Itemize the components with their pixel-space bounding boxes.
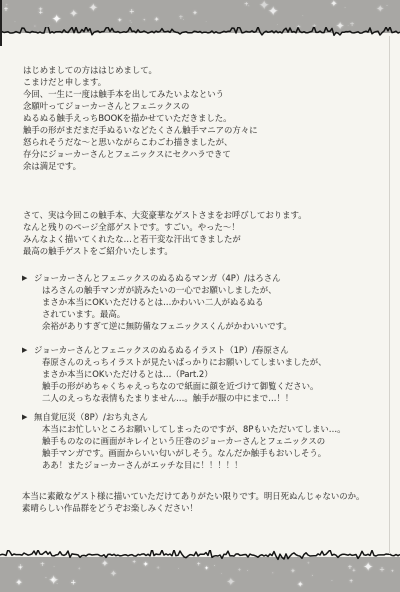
scan-edge-artifact	[0, 0, 2, 46]
guest-intro-line: なんと残りのページ全部ゲストです。すごい。やった～！	[23, 221, 307, 233]
sparkle-icon: +	[70, 579, 76, 586]
sparkle-icon: +	[349, 581, 353, 586]
page-fold-line	[389, 36, 390, 554]
sparkle-icon: +	[179, 16, 184, 22]
sparkle-icon: ·	[56, 583, 57, 587]
sparkle-icon: ·	[302, 15, 303, 19]
sparkle-icon: ·	[129, 21, 131, 26]
sparkle-icon: ·	[53, 566, 54, 570]
sparkle-icon: ·	[248, 5, 250, 10]
sparkle-icon: ·	[272, 572, 273, 577]
sparkle-icon: +	[78, 567, 81, 570]
bottom-star-border: +✦✦·✦+✦·+++✦····+·✦✦✦+·+✦·+✦+·✦+✦+++	[0, 557, 400, 592]
sparkle-icon: +	[129, 8, 135, 15]
guest-description-line: 触手の形がめちゃくちゃえっちなので紙面に顔を近づけて御覧ください。	[42, 380, 327, 392]
sparkle-icon: ✦	[376, 5, 384, 15]
sparkle-icon: ·	[131, 21, 132, 25]
sparkle-icon: ·	[183, 18, 184, 22]
sparkle-icon: ·	[178, 567, 179, 570]
guest-description-line: はろさんの触手マンガが読みたいの一心でお願いしましたが、	[42, 284, 292, 296]
guest-description-line: されています。最高。	[42, 308, 292, 320]
sparkle-icon: ·	[221, 572, 222, 576]
guest-description-line: 本当にお忙しいところお願いしてしまったのですが、8Pもいただいてしまい…。	[42, 423, 346, 435]
sparkle-icon: ✦	[330, 1, 337, 10]
intro-line: 存分にジョーカーさんとフェニックスにセクハラできて	[23, 148, 258, 160]
sparkle-icon: +	[156, 567, 160, 571]
guest-description-line: 二人のえっちな表情もたまりません…。触手が服の中にまで…！！	[42, 392, 327, 404]
guest-description-line: 触手ものなのに画面がキレイという圧巻のジョーカーさんとフェニックスの	[42, 435, 346, 447]
sparkle-icon: +	[40, 563, 45, 569]
bullet-triangle-icon: ▶	[22, 272, 34, 284]
intro-paragraph: はじめましての方ははじめまして。 こまけだと申します。 今回、一生に一度は触手本…	[23, 64, 258, 172]
intro-line: 今回、一生に一度は触手本を出してみたいよなという	[23, 88, 258, 100]
intro-line: ぬるぬる触手えっちBOOKを描かせていただきました。	[23, 112, 258, 124]
sparkle-icon: +	[347, 566, 352, 572]
sparkle-icon: +	[379, 567, 385, 574]
sparkle-icon: ✦	[110, 570, 117, 579]
sparkle-icon: ·	[45, 577, 47, 583]
guest-title: ジョーカーさんとフェニックスのぬるぬるイラスト（1P）/春原さん	[34, 344, 289, 356]
intro-line: 念願叶ってジョーカーさんとフェニックスの	[23, 100, 258, 112]
sparkle-icon: +	[18, 564, 24, 571]
intro-line: こまけだと申します。	[23, 76, 258, 88]
intro-line: はじめましての方ははじめまして。	[23, 64, 258, 76]
sparkle-icon: +	[3, 8, 8, 14]
sparkle-icon: ·	[247, 569, 248, 573]
sparkle-icon: ✦	[268, 7, 279, 20]
sparkle-icon: ·	[14, 20, 15, 24]
sparkle-icon: ✦	[38, 8, 43, 14]
guest-description-line: ああ！またジョーカーさんがエッチな目に！！！！！	[42, 459, 346, 471]
afterword-page: +·✦✦+·✦✦✦✦····+·✦+✦✦+·+✦·✦+++✦+····· +✦✦…	[0, 0, 400, 592]
sparkle-icon: +	[244, 2, 249, 8]
sparkle-icon: ✦	[363, 561, 373, 573]
sparkle-icon: ·	[214, 565, 216, 571]
sparkle-icon: ✦	[52, 13, 62, 25]
guest-item: ▶ 無自覚厄災（8P）/おち丸さん 本当にお忙しいところお願いしてしまったのです…	[22, 411, 346, 471]
sparkle-icon: +	[143, 18, 146, 21]
sparkle-icon: ·	[38, 11, 39, 14]
sparkle-icon: ✦	[51, 578, 55, 583]
guest-description-line: 余裕がありすぎて逆に無防備なフェニックスくんがかわいいです。	[42, 320, 292, 332]
guest-intro-paragraph: さて、実は今回この触手本、大変豪華なゲストさまをお呼びしております。 なんと残り…	[23, 209, 307, 257]
guest-description-line: 触手マンガです。画面からいい匂いがしそう。なんだか触手もおいしそう。	[42, 447, 346, 459]
guest-item: ▶ ジョーカーさんとフェニックスのぬるぬるマンガ（4P）/はろさん はろさんの触…	[22, 272, 292, 332]
guest-description-line: まさか本当にOKいただけるとは…（Part.2）	[42, 368, 327, 380]
sparkle-icon: ·	[344, 7, 345, 11]
sparkle-icon: ✦	[15, 579, 23, 588]
intro-line: 怒られそうだな～と思いながらこわごわ描きましたが、	[23, 136, 258, 148]
sparkle-icon: ·	[386, 4, 387, 8]
jagged-border-line	[0, 550, 400, 562]
sparkle-icon: +	[197, 562, 201, 567]
sparkle-icon: ✦	[143, 562, 149, 569]
sparkle-icon: +	[238, 568, 242, 572]
jagged-border-line	[0, 27, 400, 39]
bullet-triangle-icon: ▶	[22, 344, 34, 356]
sparkle-icon: ✦	[48, 576, 59, 589]
guest-item: ▶ ジョーカーさんとフェニックスのぬるぬるイラスト（1P）/春原さん 春原さんの…	[22, 344, 327, 404]
intro-line: 余は満足です。	[23, 160, 258, 172]
sparkle-icon: ✦	[226, 577, 235, 588]
sparkle-icon: +	[307, 562, 310, 566]
sparkle-icon: ✦	[69, 9, 78, 19]
sparkle-icon: ✦	[192, 10, 197, 17]
sparkle-icon: ·	[331, 580, 333, 586]
guest-intro-line: さて、実は今回この触手本、大変豪華なゲストさまをお呼びしております。	[23, 209, 307, 221]
sparkle-icon: ·	[206, 20, 207, 24]
guest-intro-line: 最高の触手ゲストをご紹介いたします。	[23, 245, 307, 257]
sparkle-icon: ✦	[290, 568, 295, 574]
closing-paragraph: 本当に素敵なゲスト様に描いていただけてありがたい限りです。明日死ぬんじゃないのか…	[22, 490, 364, 514]
sparkle-icon: +	[5, 4, 8, 7]
sparkle-icon: +	[391, 569, 394, 573]
sparkle-icon: +	[18, 566, 23, 571]
sparkle-icon: ✦	[259, 0, 270, 13]
sparkle-icon: ✦	[117, 19, 122, 25]
intro-line: 触手の形がまだまだ手ぬるいなどたくさん触手マニアの方々に	[23, 124, 258, 136]
sparkle-icon: +	[352, 570, 356, 575]
sparkle-icon: ✦	[89, 2, 99, 13]
sparkle-icon: ·	[311, 575, 313, 581]
sparkle-icon: ✦	[204, 567, 209, 573]
bullet-triangle-icon: ▶	[22, 411, 34, 423]
guest-title: ジョーカーさんとフェニックスのぬるぬるマンガ（4P）/はろさん	[34, 272, 281, 284]
sparkle-icon: ✦	[297, 581, 304, 589]
sparkle-icon: +	[38, 11, 43, 17]
guest-description-line: 春原さんのえっちイラストが見たいばっかりにお願いしてしまいましたが、	[42, 356, 327, 368]
guest-intro-line: みんなよく描いてくれたな…と若干変な汗出てきましたが	[23, 233, 307, 245]
closing-line: 素晴らしい作品群をどうぞお楽しみください！	[22, 502, 364, 514]
guest-description-line: まさか本当にOKいただけるとは…かわいい二人がぬるぬる	[42, 296, 292, 308]
closing-line: 本当に素敵なゲスト様に描いていただけてありがたい限りです。明日死ぬんじゃないのか…	[22, 490, 364, 502]
sparkle-icon: ✦	[154, 17, 160, 24]
guest-title: 無自覚厄災（8P）/おち丸さん	[34, 411, 148, 423]
